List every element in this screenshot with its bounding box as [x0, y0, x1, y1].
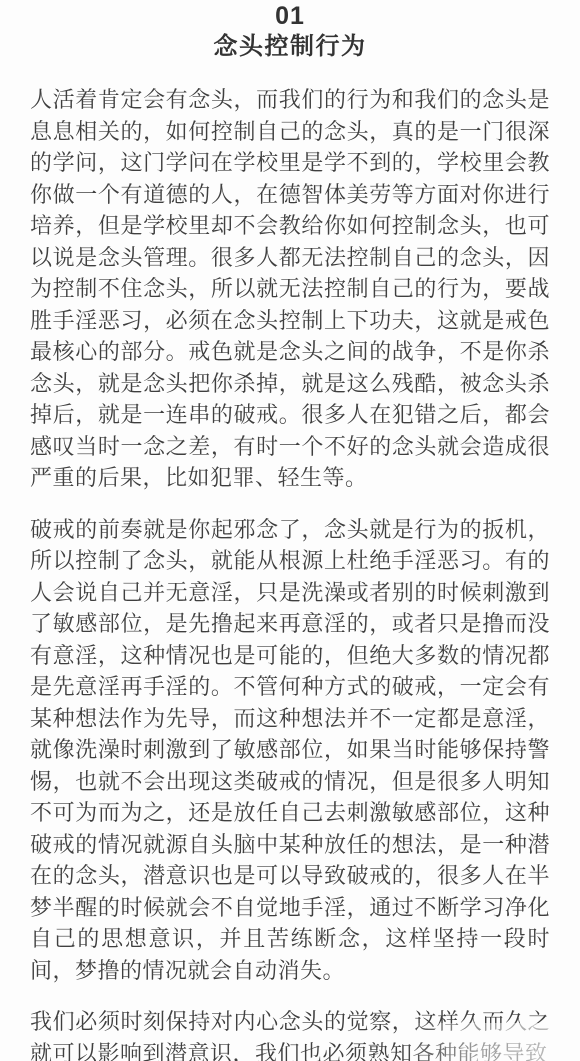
chapter-title: 念头控制行为 [30, 32, 550, 62]
body-paragraph-2: 破戒的前奏就是你起邪念了，念头就是行为的扳机，所以控制了念头，就能从根源上杜绝手… [30, 514, 550, 987]
chapter-header: 01 念头控制行为 [30, 2, 550, 62]
reading-page: 01 念头控制行为 人活着肯定会有念头，而我们的行为和我们的念头是息息相关的，如… [0, 0, 580, 1061]
body-paragraph-3: 我们必须时刻保持对内心念头的觉察，这样久而久之就可以影响到潜意识，我们也必须熟知… [30, 1006, 550, 1061]
body-paragraph-1: 人活着肯定会有念头，而我们的行为和我们的念头是息息相关的，如何控制自己的念头，真… [30, 84, 550, 494]
section-number: 01 [30, 2, 550, 31]
article-body: 人活着肯定会有念头，而我们的行为和我们的念头是息息相关的，如何控制自己的念头，真… [30, 84, 550, 1061]
